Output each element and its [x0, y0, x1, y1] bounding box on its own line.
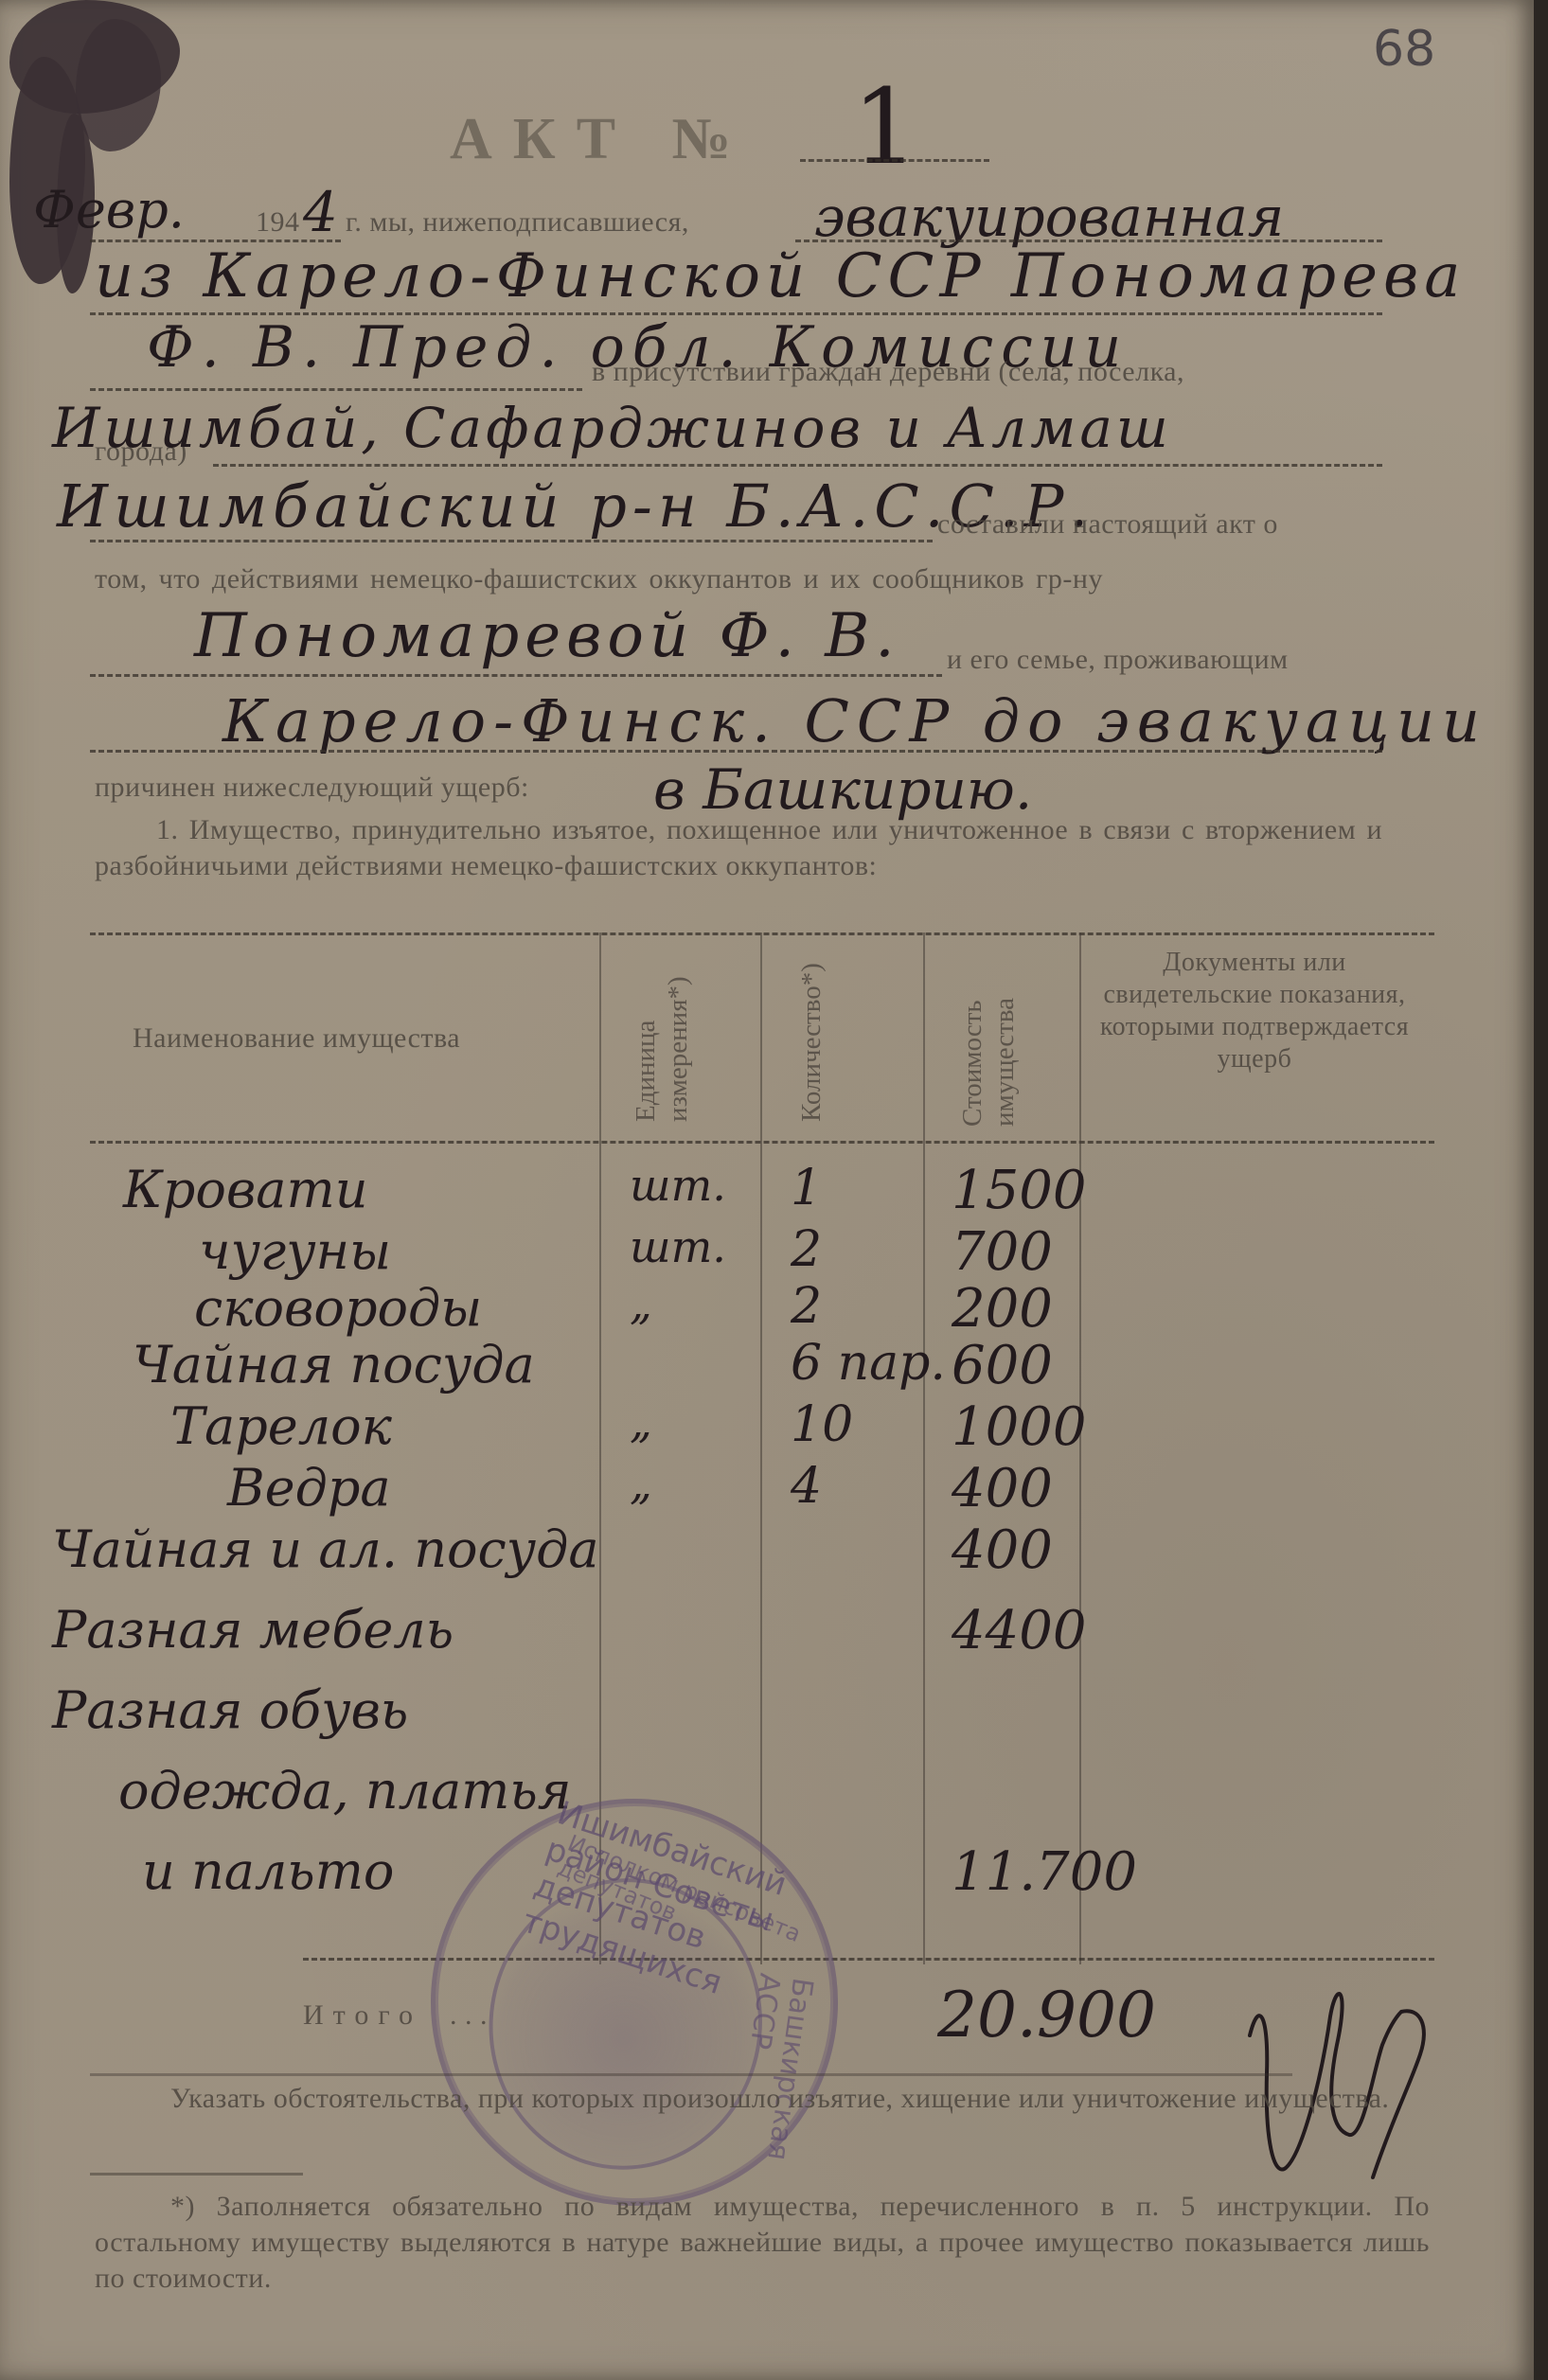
line4-handwritten: Ишимбай, Сафарджинов и Алмаш: [52, 396, 1172, 460]
line5-underline: [90, 540, 933, 542]
document-page: 68 АКТ № 1 Февр. 194 4 г. мы, нижеподпис…: [0, 0, 1534, 2380]
line3-underline: [90, 388, 582, 391]
line5-printed: составили настоящий акт о: [937, 508, 1278, 541]
cell-unit: шт.: [630, 1221, 726, 1272]
line4-underline: [213, 464, 1382, 467]
cell-qty: 2: [791, 1278, 822, 1335]
line2-handwritten: из Карело-Финской ССР Пономарева: [95, 241, 1466, 311]
line3-printed: в присутствии граждан деревни (села, пос…: [592, 356, 1184, 388]
column-header-docs: Документы или свидетельские показания, к…: [1089, 947, 1420, 1075]
cell-name: одежда, платья: [118, 1761, 572, 1821]
cell-name: Чайная и ал. посуда: [52, 1519, 599, 1579]
column-header-cost: Стоимость имущества: [956, 947, 1041, 1127]
section1-text: 1. Имущество, принудительно изъятое, пох…: [95, 812, 1382, 884]
line8-underline: [90, 750, 1382, 753]
act-number: 1: [852, 66, 918, 187]
total-label: Итого: [303, 1999, 422, 2032]
date-handwritten: Февр.: [33, 180, 185, 240]
cell-qty: 6 пар.: [791, 1335, 946, 1392]
line9-printed: причинен нижеследующий ущерб:: [95, 772, 529, 804]
cell-unit: „: [630, 1458, 652, 1509]
cell-qty: 1: [791, 1160, 822, 1217]
cell-unit: „: [630, 1396, 652, 1448]
cell-cost: 1500: [952, 1160, 1087, 1221]
cell-cost: 600: [952, 1335, 1053, 1396]
column-header-qty: Количество*): [795, 961, 881, 1122]
cell-cost: 400: [952, 1519, 1053, 1581]
cell-qty: 10: [791, 1396, 853, 1453]
line6-printed: том, что действиями немецко-фашистских о…: [95, 563, 1103, 595]
year-handwritten-digit: 4: [303, 180, 338, 244]
line7-handwritten: Пономаревой Ф. В.: [194, 601, 900, 671]
ink-blot: [76, 19, 161, 151]
column-divider: [923, 932, 925, 1964]
cell-name: чугуны: [199, 1221, 391, 1281]
cell-name: и пальто: [142, 1841, 394, 1901]
official-stamp: Ишимбайский район Советы депутатов трудя…: [404, 1772, 864, 2232]
cell-name: сковороды: [194, 1278, 482, 1338]
year-printed-prefix: 194: [256, 206, 300, 239]
cell-cost: 11.700: [952, 1841, 1137, 1903]
cell-name: Кровати: [123, 1160, 367, 1219]
column-header-unit: Единица измерения*): [630, 961, 734, 1122]
archive-page-number: 68: [1373, 21, 1435, 78]
cell-name: Разная обувь: [52, 1680, 408, 1740]
column-divider: [760, 932, 762, 1964]
column-header-name: Наименование имущества: [133, 1022, 460, 1055]
cell-cost: 200: [952, 1278, 1053, 1340]
cell-name: Разная мебель: [52, 1600, 454, 1660]
cell-unit: шт.: [630, 1160, 726, 1211]
cell-qty: 2: [791, 1221, 822, 1278]
instruction-text: Указать обстоятельства, при которых прои…: [95, 2081, 1401, 2117]
title-underline: [800, 159, 989, 162]
table-top-rule: [90, 932, 1434, 935]
cell-cost: 700: [952, 1221, 1053, 1283]
cell-name: Тарелок: [170, 1396, 392, 1456]
act-title: АКТ №: [450, 106, 752, 173]
line7-underline: [90, 674, 942, 677]
cell-qty: 4: [791, 1458, 822, 1515]
line1-printed: г. мы, нижеподписавшиеся,: [346, 206, 689, 239]
cell-unit: „: [630, 1278, 652, 1329]
cell-name: Ведра: [227, 1458, 391, 1518]
total-value: 20.900: [937, 1979, 1156, 2051]
cell-cost: 1000: [952, 1396, 1087, 1458]
instruction-top-rule: [90, 2073, 1292, 2076]
table-header-bottom-rule: [90, 1141, 1434, 1144]
cell-cost: 4400: [952, 1600, 1087, 1661]
cell-name: Чайная посуда: [133, 1335, 535, 1394]
cell-cost: 400: [952, 1458, 1053, 1519]
footnote-rule: [90, 2173, 303, 2176]
line8-handwritten: Карело-Финск. ССР до эвакуации: [222, 686, 1487, 755]
line7-printed: и его семье, проживающим: [947, 644, 1289, 676]
footnote-text: *) Заполняется обязательно по видам имущ…: [95, 2189, 1430, 2297]
